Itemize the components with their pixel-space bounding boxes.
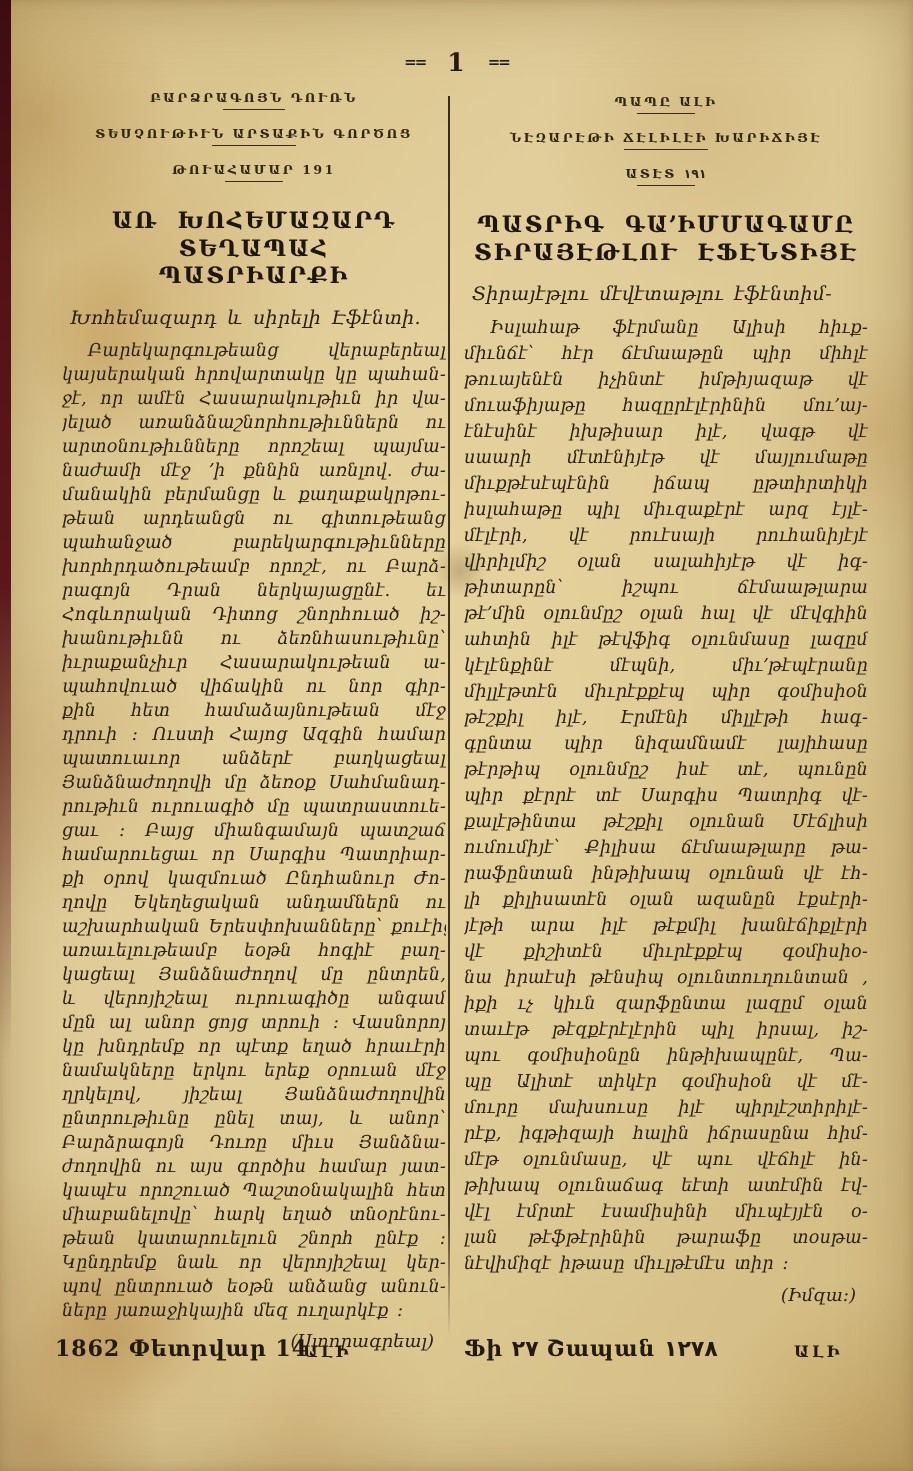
left-document-title: ԱՌ ԽՈՀԵՄԱԶԱՐԴ ՏԵՂԱՊԱՀ ՊԱՏՐԻԱՐՔԻ [62,208,446,291]
text-line: պահովուած վիճակին ու նոր գիր- [62,675,446,699]
text-line: կացեալ Յանձնաժողով մը ընտրեն, [62,963,446,987]
header-underline [212,145,296,147]
text-line: րագոյն Դրան ներկայացընէ. եւ [62,579,446,603]
text-line: ները յառաջիկային մեզ ուղարկէք ։ [62,1299,446,1323]
left-column: ԲԱՐՁՐԱԳՈՅՆ ԴՈՒՌՆ ՏԵՍՉՈՒԹԻՒՆ ԱՐՏԱՔԻՆ ԳՈՐԾ… [62,78,446,1352]
text-line: վիրիլմիշ օլան սալահիյէթ վէ իգ- [464,549,868,575]
text-line: քալէթինտա թէշքիլ օլունան Մէճլիսի [464,809,868,835]
text-line: կայսերական հրովարտակը կը պահան- [62,363,446,387]
text-line: Կընդրեմք նաև որ վերոյիշեալ կեր- [62,1251,446,1275]
text-line: իւրաքանչիւր Հասարակութեան ա- [62,651,446,675]
right-salutation: Տիրայէթլու մէվէտաթլու էֆէնտիմ- [464,283,868,305]
text-line: պը Ալիտէ տիկէր գօմիսիօն վէ մէ- [464,1069,868,1095]
text-line: կէլէնքինէ մէպնի, միւ՚թէպէրանը [464,653,868,679]
text-line: րէք, իգթիզայի հալին իճրասընա հիմ- [464,1121,868,1147]
text-line: Բարեկարգութեանց վերաբերեալ [62,339,446,363]
right-document-title: ՊԱՏՐԻԳ ԳԱ՚ԻՄՄԱԳԱՄԸ ՏԻՐԱՅԷԹԼՈՒ ԷՖԷՆՏԻՅԷ [464,212,868,267]
text-line: ղովը Եկեղեցական անդամներն ու [62,891,446,915]
scanned-document-page: ==1== ԲԱՐՁՐԱԳՈՅՆ ԴՈՒՌՆ ՏԵՍՉՈՒԹԻՒՆ ԱՐՏԱՔԻ… [0,0,913,1471]
title-line: ՊԱՏՐԻԳ ԳԱ՚ԻՄՄԱԳԱՄԸ [464,212,868,240]
text-line: խանութիւնն ու ձեռնհասութիւնը՝ [62,627,446,651]
text-line: յէթի արա իլէ թէքմիլ խանէճիքլէրի [464,913,868,939]
text-line: նաժամի մէջ ՚ի քննին առնլով. ժա- [62,459,446,483]
text-line: ցաւ ։ Բայց միանգամայն պատշաճ [62,819,446,843]
text-line: լան թէֆթէրինին թարաֆը տօսթա- [464,1225,868,1251]
text-line: թէ՚մին օլունմըշ օլան հալ վէ մէվգիին [464,601,868,627]
page-number-flank: == [382,53,447,71]
text-line: թիտարըն՝ իշպու ճէմաաթլարա [464,575,868,601]
text-line: Բարձրագոյն Դուռը միւս Յանձնա- [62,1131,446,1155]
text-line: նա իրաէսի թէնսիպ օլունտուղունտան , [464,965,868,991]
text-line: մուրը մախսուսը իլէ պիրլէշտիրիլէ- [464,1095,868,1121]
right-column: ՊԱՊԸ ԱԼԻ ՆԷԶԱՐԷԹԻ ՃԷԼԻԼԷԻ ԽԱՐԻՃԻՅԷ ԱՏԷՏ … [464,96,868,1306]
binding-edge [0,0,11,1060]
text-line: միւնճէ՝ հէր ճէմաաթըն պիր միհլէ [464,341,868,367]
letterhead-line: ՆԷԶԱՐԷԹԻ ՃԷԼԻԼԷԻ ԽԱՐԻՃԻՅԷ [464,132,868,145]
text-line: թեան կատարուելուն շնորհ ընէք ։ [62,1227,446,1251]
header-underline [637,185,695,187]
text-line: ընտրութիւնը ընել տայ, և անոր՝ [62,1107,446,1131]
text-line: րաֆընտան ինթիխապ օլունան վէ էհ- [464,861,868,887]
text-line: Յանձնաժողովի մը ձեռօք Սահմանադ- [62,771,446,795]
text-line: վէ քիշիտէն միւրէքքէպ գօմիսիօ- [464,939,868,965]
title-line: ԱՌ ԽՈՀԵՄԱԶԱՐԴ ՏԵՂԱՊԱՀ [62,208,446,263]
text-line: կապէս որոշուած Պաշտօնակալին հետ [62,1179,446,1203]
text-line: ջէ, որ ամէն Հասարակութիւն իր վա- [62,387,446,411]
header-underline [223,109,285,111]
right-body-text: Իսլահաթ ֆէրմանը Ալիսի հիւք-միւնճէ՝ հէր ճ… [464,315,868,1277]
text-line: մանակին բերմանցը և քաղաքակրթու- [62,483,446,507]
text-line: սաարի մէտէնիյէթ վէ մայլումաթը [464,445,868,471]
text-line: ահտին իլէ թէվֆիգ օլունմասը լազըմ [464,627,868,653]
text-line: կը խնդրեմք որ պէտք եղած հրաւէրի [62,1035,446,1059]
left-body-text: Բարեկարգութեանց վերաբերեալկայսերական հրո… [62,339,446,1323]
letterhead-line: ՊԱՊԸ ԱԼԻ [464,96,868,109]
text-line: պով ընտրուած եօթն անձանց անուն- [62,1275,446,1299]
text-line: դրուի ։ Ուստի Հայոց Ազգին համար [62,723,446,747]
letterhead-line: ՏԵՍՉՈՒԹԻՒՆ ԱՐՏԱՔԻՆ ԳՈՐԾՈՑ [62,128,446,141]
page-number: 1 [447,48,465,77]
left-letterhead: ԲԱՐՁՐԱԳՈՅՆ ԴՈՒՌՆ ՏԵՍՉՈՒԹԻՒՆ ԱՐՏԱՔԻՆ ԳՈՐԾ… [62,92,446,182]
letterhead-line: ԲԱՐՁՐԱԳՈՅՆ ԴՈՒՌՆ [62,92,446,105]
text-line: ղրկելով, յիշեալ Յանձնաժողովին [62,1083,446,1107]
title-line: ՏԻՐԱՅԷԹԼՈՒ ԷՖԷՆՏԻՅԷ [464,240,868,268]
header-underline [624,149,708,151]
text-line: նէվիմիզէ իթասը միւլթէմէս տիր ։ [464,1251,868,1277]
text-line: առաւելութեամբ եօթն հոգիէ բաղ- [62,939,446,963]
text-line: մըն ալ անոր ցոյց տրուի ։ Վասնորոյ [62,1011,446,1035]
text-line: յելած առանձնաշնորհութիւններն ու [62,411,446,435]
signatory-name: ԱԼԻ [303,1342,351,1361]
header-underline [225,181,283,183]
text-line: թէրթիպ օլունմըշ իսէ տէ, պունըն [464,757,868,783]
text-line: լի քիլիսատէն օլան ազանըն էքսէրի- [464,887,868,913]
text-line: համարուեցաւ որ Սարգիս Պատրիար- [62,843,446,867]
letterhead-line: ԹՈՒԱՀԱՄԱՐ 191 [62,164,446,177]
text-line: և վերոյիշեալ ուրուագիծը անգամ [62,987,446,1011]
text-line: միւքթէսէպէնին իճապ ըթտիրտիկի [464,471,868,497]
text-line: արտօնութիւնները որոշեալ պայմա- [62,435,446,459]
right-signature: (Իմզա։) [464,1285,868,1306]
text-line: իսլահաթը պիլ միւզաքէրէ արզ էյլէ- [464,497,868,523]
signatory-name: ԱԼԻ [794,1342,842,1361]
text-line: քին հետ համաձայնութեան մէջ [62,699,446,723]
text-line: Հոգևորական Դիտոց շնորհուած իշ- [62,603,446,627]
page-number-row: ==1== [0,48,913,77]
right-letterhead: ՊԱՊԸ ԱԼԻ ՆԷԶԱՐԷԹԻ ՃԷԼԻԼԷԻ ԽԱՐԻՃԻՅԷ ԱՏԷՏ … [464,96,868,186]
column-divider-rule [448,96,450,1336]
text-line: քի օրով կազմուած Ընդհանուր Ժո- [62,867,446,891]
letterhead-line: ԱՏԷՏ ١٩١ [464,168,868,181]
text-line: մէթ օլունմասը, վէ պու վէճհլէ ին- [464,1147,868,1173]
text-line: պու գօմիսիօնըն ինթիխապընէ, Պա- [464,1043,868,1069]
left-salutation: Խոհեմազարդ և սիրելի Էֆէնտի. [62,307,446,329]
text-line: վէլ էմրտէ էսամիսինի միւպէյյէն օ- [464,1199,868,1225]
text-line: պահանջած բարեկարգութիւնները [62,531,446,555]
text-line: մէլէրի, վէ րուէսայի րուհանիյէյէ [464,523,868,549]
text-line: էնէսինէ իխթիսար իլէ, վագթ վէ [464,419,868,445]
text-line: միաբանելովը՝ հարկ եղած տնօրէնու- [62,1203,446,1227]
text-line: թուայենէն իչինտէ իմթիյազաթ վէ [464,367,868,393]
text-line: թէշքիլ իլէ, Էրմէնի միլլէթի հագ- [464,705,868,731]
text-line: րութիւն ուրուագիծ մը պատրաստուե- [62,795,446,819]
text-line: խորհրդածութեամբ որոշէ, ու Բարձ- [62,555,446,579]
text-line: միլլէթտէն միւրէքքէպ պիր գօմիսիօն [464,679,868,705]
header-underline [637,113,695,115]
page-number-flank: == [466,53,531,71]
text-line: տաւէթ թէզքէրէլէրին պիլ իրսալ, իշ- [464,1017,868,1043]
text-line: պատուաւոր անձերէ բաղկացեալ [62,747,446,771]
text-line: ումումիյէ՝ Քիլիսա ճէմաաթլարը թա- [464,835,868,861]
text-line: մուաֆիյաթը հազըրէլէրինին մու՚այ- [464,393,868,419]
text-line: նամակները երկու երեք օրուան մէջ [62,1059,446,1083]
document-date-hijri: Ֆի ٢٧ Շապան ١٢٧٨ [464,1336,718,1362]
text-line: գընտա պիր նիզամնամէ լայիհասը [464,731,868,757]
text-line: թիխապ օլունաճագ եէտի ատէմին էվ- [464,1173,868,1199]
text-line: թեան արդեանցն ու գիտութեանց [62,507,446,531]
text-line: ժողովին ու այս գործիս համար յատ- [62,1155,446,1179]
text-line: իքի ւչ կիւն զարֆընտա լազըմ օլան [464,991,868,1017]
title-line: ՊԱՏՐԻԱՐՔԻ [62,263,446,291]
document-date-gregorian: 1862 Փետրվար 14 [55,1336,308,1362]
text-line: աշխարհական Երեսփոխանները՝ քուէից [62,915,446,939]
text-line: Իսլահաթ ֆէրմանը Ալիսի հիւք- [464,315,868,341]
text-line: պիր քէրրէ տէ Սարգիս Պատրիգ վէ- [464,783,868,809]
